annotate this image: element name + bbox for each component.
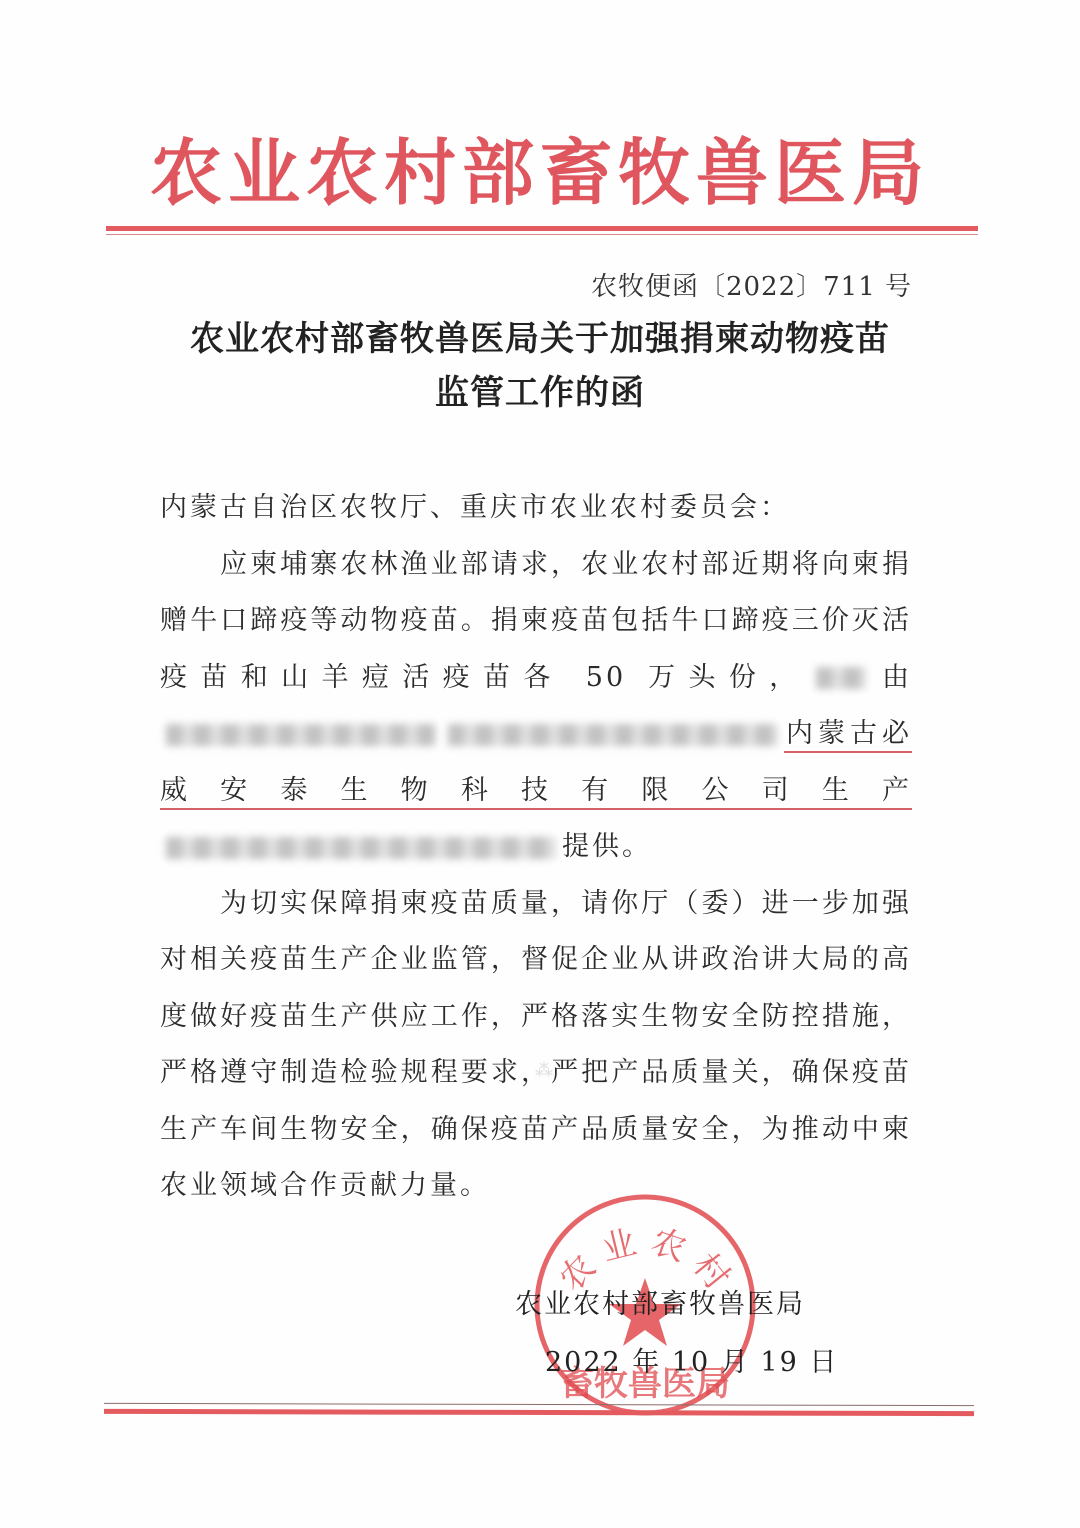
- paragraph-1-by: 由: [872, 662, 912, 693]
- paragraph-1-text: 应柬埔寨农林渔业部请求，农业农村部近期将向柬捐赠牛口蹄疫等动物疫苗。捐柬疫苗包括…: [160, 549, 912, 693]
- document-title: 农业农村部畜牧兽医局关于加强捐柬动物疫苗 监管工作的函: [150, 312, 930, 420]
- scan-artifact: ⁂: [535, 1060, 595, 1120]
- title-line-2: 监管工作的函: [150, 366, 930, 420]
- letterhead-title: 农业农村部畜牧兽医局: [150, 128, 930, 218]
- recipients: 内蒙古自治区农牧厅、重庆市农业农村委员会：: [160, 480, 912, 537]
- paragraph-1-end: 提供。: [562, 831, 652, 862]
- document-number: 农牧便函〔2022〕711 号: [591, 266, 912, 303]
- paragraph-1: 应柬埔寨农林渔业部请求，农业农村部近期将向柬捐赠牛口蹄疫等动物疫苗。捐柬疫苗包括…: [160, 537, 912, 876]
- redacted-text: [816, 667, 866, 689]
- redacted-text: [166, 837, 556, 859]
- document-page: 农业农村部畜牧兽医局 农牧便函〔2022〕711 号 农业农村部畜牧兽医局关于加…: [0, 0, 1080, 1528]
- letterhead-divider-thin: [106, 234, 978, 235]
- paragraph-2: 为切实保障捐柬疫苗质量，请你厅（委）进一步加强对相关疫苗生产企业监管，督促企业从…: [160, 876, 912, 1215]
- redacted-text: [166, 724, 436, 746]
- title-line-1: 农业农村部畜牧兽医局关于加强捐柬动物疫苗: [150, 312, 930, 366]
- redacted-text: [448, 724, 778, 746]
- signature-date: 2022 年 10 月 19 日: [545, 1340, 838, 1379]
- signature-organization: 农业农村部畜牧兽医局: [515, 1282, 805, 1321]
- letterhead-divider-thick: [106, 226, 978, 231]
